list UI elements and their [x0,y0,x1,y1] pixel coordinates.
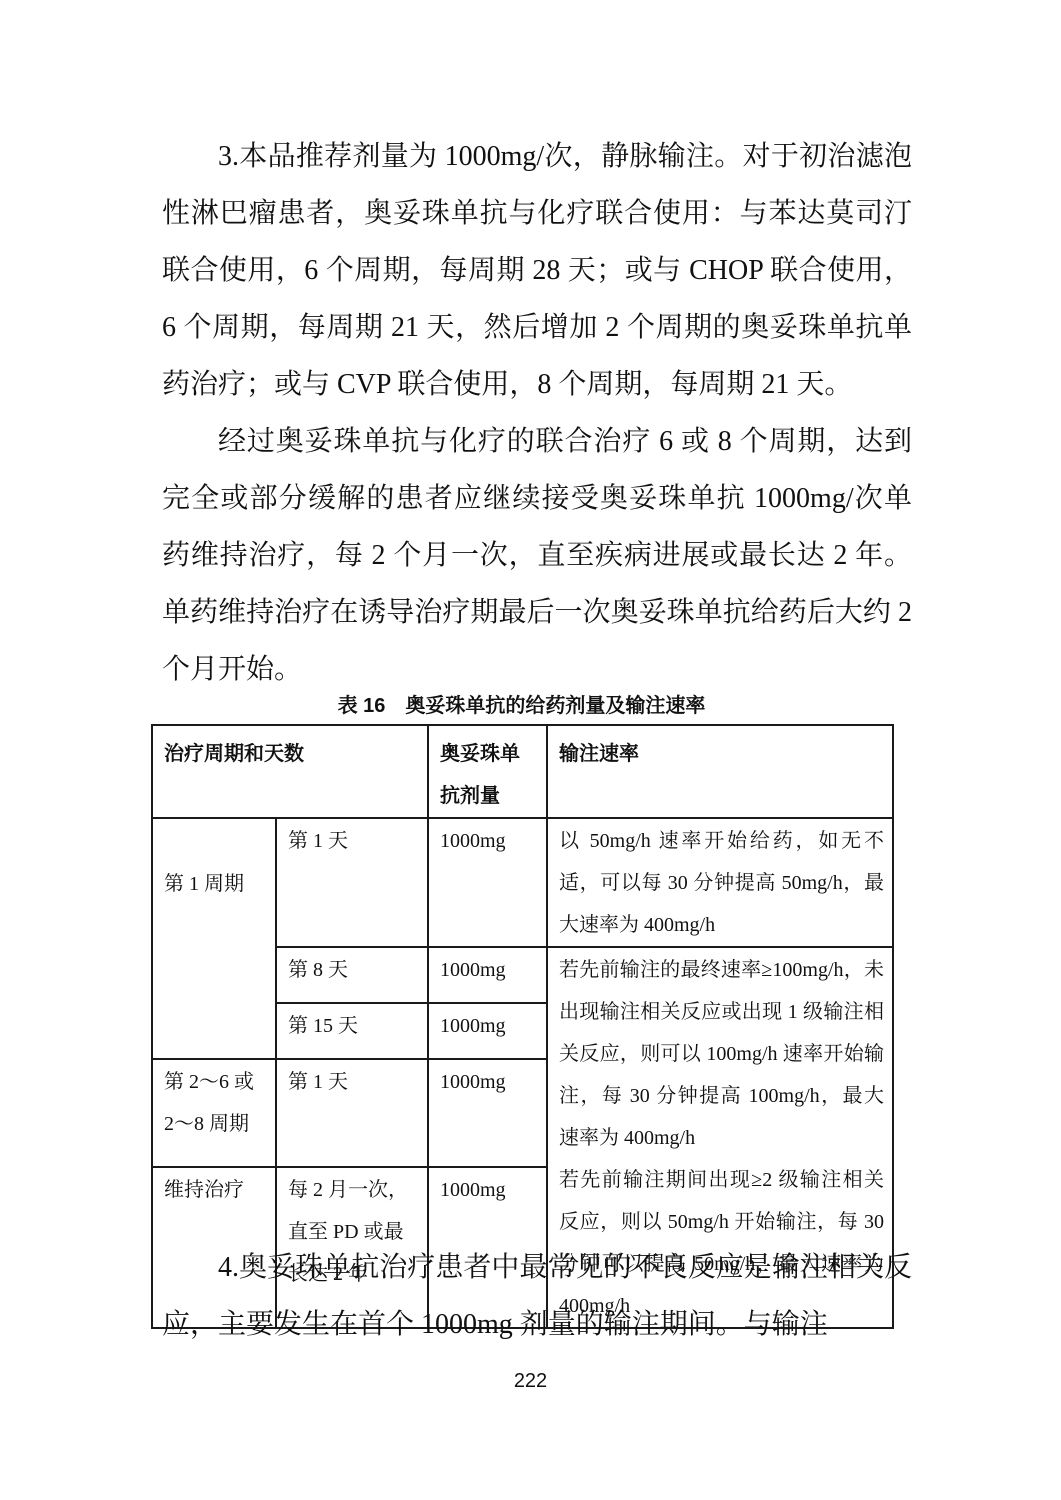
cell-cycle1-day8: 第 8 天 [276,947,428,1003]
document-page: 3.本品推荐剂量为 1000mg/次，静脉输注。对于初治滤泡性淋巴瘤患者，奥妥珠… [0,0,1061,1500]
cell-cycle1-day15-dose: 1000mg [428,1003,547,1059]
cell-cycle1-day15: 第 15 天 [276,1003,428,1059]
header-cycle-day: 治疗周期和天数 [152,725,428,818]
table-header-row: 治疗周期和天数 奥妥珠单抗剂量 输注速率 [152,725,893,818]
body-text-bottom: 4.奥妥珠单抗治疗患者中最常见的不良反应是输注相关反应，主要发生在首个 1000… [162,1239,912,1353]
table-row: 第 1 周期 第 1 天 1000mg 以 50mg/h 速率开始给药，如无不适… [152,818,893,947]
cell-cycle1-day1-dose: 1000mg [428,818,547,947]
header-dose: 奥妥珠单抗剂量 [428,725,547,818]
cell-cycle2-day1: 第 1 天 [276,1059,428,1167]
page-number: 222 [0,1370,1061,1393]
table-caption: 表 16 奥妥珠单抗的给药剂量及输注速率 [151,693,892,719]
header-rate: 输注速率 [547,725,893,818]
cell-cycle1-label: 第 1 周期 [152,818,276,1059]
dosage-paragraph: 3.本品推荐剂量为 1000mg/次，静脉输注。对于初治滤泡性淋巴瘤患者，奥妥珠… [162,128,912,413]
cell-cycle2-day1-dose: 1000mg [428,1059,547,1167]
cell-cycle2-label: 第 2～6 或 2～8 周期 [152,1059,276,1167]
cell-cycle1-day1: 第 1 天 [276,818,428,947]
adverse-paragraph: 4.奥妥珠单抗治疗患者中最常见的不良反应是输注相关反应，主要发生在首个 1000… [162,1239,912,1353]
maintenance-paragraph: 经过奥妥珠单抗与化疗的联合治疗 6 或 8 个周期，达到完全或部分缓解的患者应继… [162,413,912,698]
body-text-top: 3.本品推荐剂量为 1000mg/次，静脉输注。对于初治滤泡性淋巴瘤患者，奥妥珠… [162,128,912,698]
shared-rate-part1: 若先前输注的最终速率≥100mg/h，未出现输注相关反应或出现 1 级输注相关反… [559,949,884,1159]
cell-cycle1-day1-rate: 以 50mg/h 速率开始给药，如无不适，可以每 30 分钟提高 50mg/h，… [547,818,893,947]
cell-cycle1-day8-dose: 1000mg [428,947,547,1003]
